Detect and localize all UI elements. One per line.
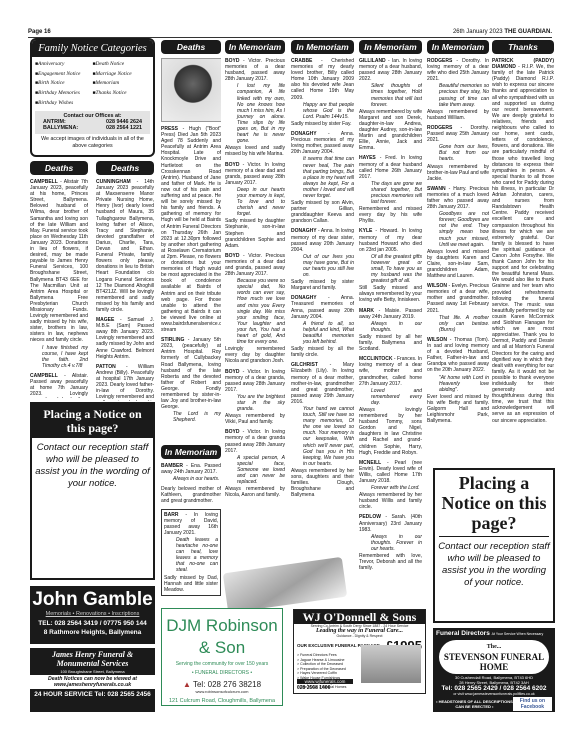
notice-entry: MARK - Maisie. Passed away 24th January … (359, 308, 422, 353)
notice-entry: GILLILAND - Ian. In loving memory of a d… (359, 58, 422, 151)
memoriam-column-7: In Memoriam RODGERS - Dorothy. In loving… (427, 40, 489, 440)
facebook-icon[interactable]: Find us on Facebook (513, 697, 552, 711)
placing-notice-box: Placing a Notice on this page? Contact o… (30, 402, 155, 580)
thanks-column: Thanks PATRICK (PADDY) DIAMOND - R.I.P. … (492, 40, 554, 440)
notice-entry: PATTON - William Andrew (Billy). Peacefu… (96, 364, 154, 401)
family-notice-categories: Family Notice Categories AnniversaryDeat… (30, 38, 155, 157)
notice-entry: PEDLOW - Sarah. (40th Anniversary) 23rd … (359, 514, 422, 571)
ad-stevenson-funeral-home: Funeral Directors At Your Service When N… (433, 628, 555, 712)
section-tab-in-memoriam: In Memoriam (359, 40, 422, 54)
ad-james-henry: James Henry Funeral & Monumental Service… (30, 648, 155, 712)
page-number: Page 16 (28, 29, 51, 35)
memoriam-column-3b: In Memoriam BAMBER - Ena. Passed away 24… (161, 445, 221, 605)
notice-entry: MCCLINTOCK - Frances. In loving memory o… (359, 356, 422, 456)
notice-entry: BOYD - Victor. Precious memories of a de… (225, 253, 285, 365)
category-item: Birthday Wishes (35, 99, 93, 109)
category-item: Marriage Notice (93, 70, 151, 80)
section-tab-deaths: Deaths (30, 161, 88, 175)
section-tab-thanks: Thanks (492, 40, 554, 54)
deceased-photo (161, 58, 221, 122)
memoriam-column-4: In Memoriam BOYD - Victor. Precious memo… (225, 40, 285, 600)
section-tab-in-memoriam: In Memoriam (291, 40, 354, 54)
notice-entry: DONAGHY - Anna. Precious memories of my … (291, 131, 354, 224)
notice-entry: CRABBE - Cherished memories of my dearly… (291, 58, 354, 127)
section-tab-in-memoriam: In Memoriam (225, 40, 285, 54)
notice-entry: DONAGHY - Anna. In loving memory of my d… (291, 228, 354, 291)
notice-entry: RODGERS - Dorothy. Passed away 25th Janu… (427, 125, 489, 182)
ad-djm-robinson: DJM Robinson & Son Serving the community… (161, 608, 283, 706)
deaths-column-1: Deaths CAMPBELL - Alistair 7th January 2… (30, 161, 88, 398)
notice-entry: DONAGHY - Anna. Treasured memories of An… (291, 295, 354, 358)
notice-entry: GILCHRIST - Mary Elizabeth (Lily). In lo… (291, 362, 354, 498)
categories-list: AnniversaryDeath NoticeEngagement Notice… (32, 57, 153, 110)
notice-entry: HAYES - Fred. In loving memory of a dear… (359, 155, 422, 224)
notice-entry: PRESS - Hugh ("Boot" Press) Died Jan 5th… (161, 126, 221, 333)
notice-entry: WILSON - Evelyn. Precious memories of a … (427, 283, 489, 333)
category-item: Engagement Notice (35, 70, 93, 80)
section-tab-deaths: Deaths (161, 40, 221, 54)
deaths-column-2: Deaths CUNNINGHAM - 14th January 2023 pe… (96, 161, 154, 401)
section-tab-in-memoriam: In Memoriam (427, 40, 489, 54)
deaths-column-3: Deaths PRESS - Hugh ("Boot" Press) Died … (161, 40, 221, 440)
notice-entry: Dearly beloved mother of Kathleen, grand… (161, 486, 221, 504)
notice-entry: BOYD - Victor. Precious memories of a de… (225, 58, 285, 158)
notice-entry: BAMBER - Ena. Passed away 24th January 2… (161, 463, 221, 482)
notice-entry: WILSON - Thomas (Tom). In sad and loving… (427, 337, 489, 424)
section-tab-in-memoriam: In Memoriam (161, 445, 221, 459)
notice-entry: BOYD - Victor. In loving memory of a dea… (225, 369, 285, 426)
contact-offices: Contact our Offices at: ANTRIM:028 9446 … (35, 111, 150, 135)
notice-entry: CAMPBELL - Alistair 7th January 2023, pe… (30, 179, 88, 369)
notice-entry: CUNNINGHAM - 14th January 2023 peacefull… (96, 179, 154, 313)
ad-john-gamble: John Gamble Memorials • Renovations • In… (30, 586, 155, 644)
funeral-home-photo (361, 645, 421, 683)
notice-entry: MCNEILL - Pearl (nee Erwin). Dearly love… (359, 460, 422, 511)
notice-entry: MAGEE - Samuel J. M.B.E (Sam) Passed awa… (96, 317, 154, 360)
notice-entry: CAMPBELL - Alistair. Passed away peacefu… (30, 373, 88, 398)
barr-notice: BARR - In loving memory of David, passed… (161, 509, 221, 596)
category-item: Death Notice (93, 60, 151, 70)
notice-entry: KYLE - Howard. In loving memory of my de… (359, 228, 422, 303)
issue-date: 26th January 2023 THE GUARDIAN. (453, 29, 552, 35)
categories-title: Family Notice Categories (32, 40, 153, 57)
category-item: Birth Notice (35, 79, 93, 89)
notice-entry: RODGERS - Dorothy. In loving memory of a… (427, 58, 489, 121)
placing-notice-box-2: Placing a Notice on this page? Contact o… (433, 468, 555, 623)
category-item: Anniversary (35, 60, 93, 70)
category-item: Memoriam (93, 79, 151, 89)
notice-entry: BOYD - Victor. In loving memory of a dea… (225, 429, 285, 498)
ad-wj-odonnell: WJ O'Donnell & Sons Serving Co Antrim & … (293, 609, 426, 694)
notice-entry: STIRLING - January 5th 2023, (peacefully… (161, 337, 221, 423)
notice-entry: SWANN - Harry. Precious memories of a mu… (427, 186, 489, 279)
triangle-logo-icon: ▲ (183, 680, 191, 689)
memoriam-column-5: In Memoriam CRABBE - Cherished memories … (291, 40, 354, 565)
memoriam-column-6: In Memoriam GILLILAND - Ian. In loving m… (359, 40, 422, 605)
page-header: Page 16 26th January 2023 THE GUARDIAN. (28, 28, 552, 38)
notice-entry: BOYD - Victor. In loving memory of a dea… (225, 162, 285, 249)
categories-footer: We accept images of individuals in all o… (32, 135, 153, 151)
category-item: Thanks Notice (93, 89, 151, 99)
section-tab-deaths: Deaths (96, 161, 154, 175)
category-item: Birthday Memories (35, 89, 93, 99)
